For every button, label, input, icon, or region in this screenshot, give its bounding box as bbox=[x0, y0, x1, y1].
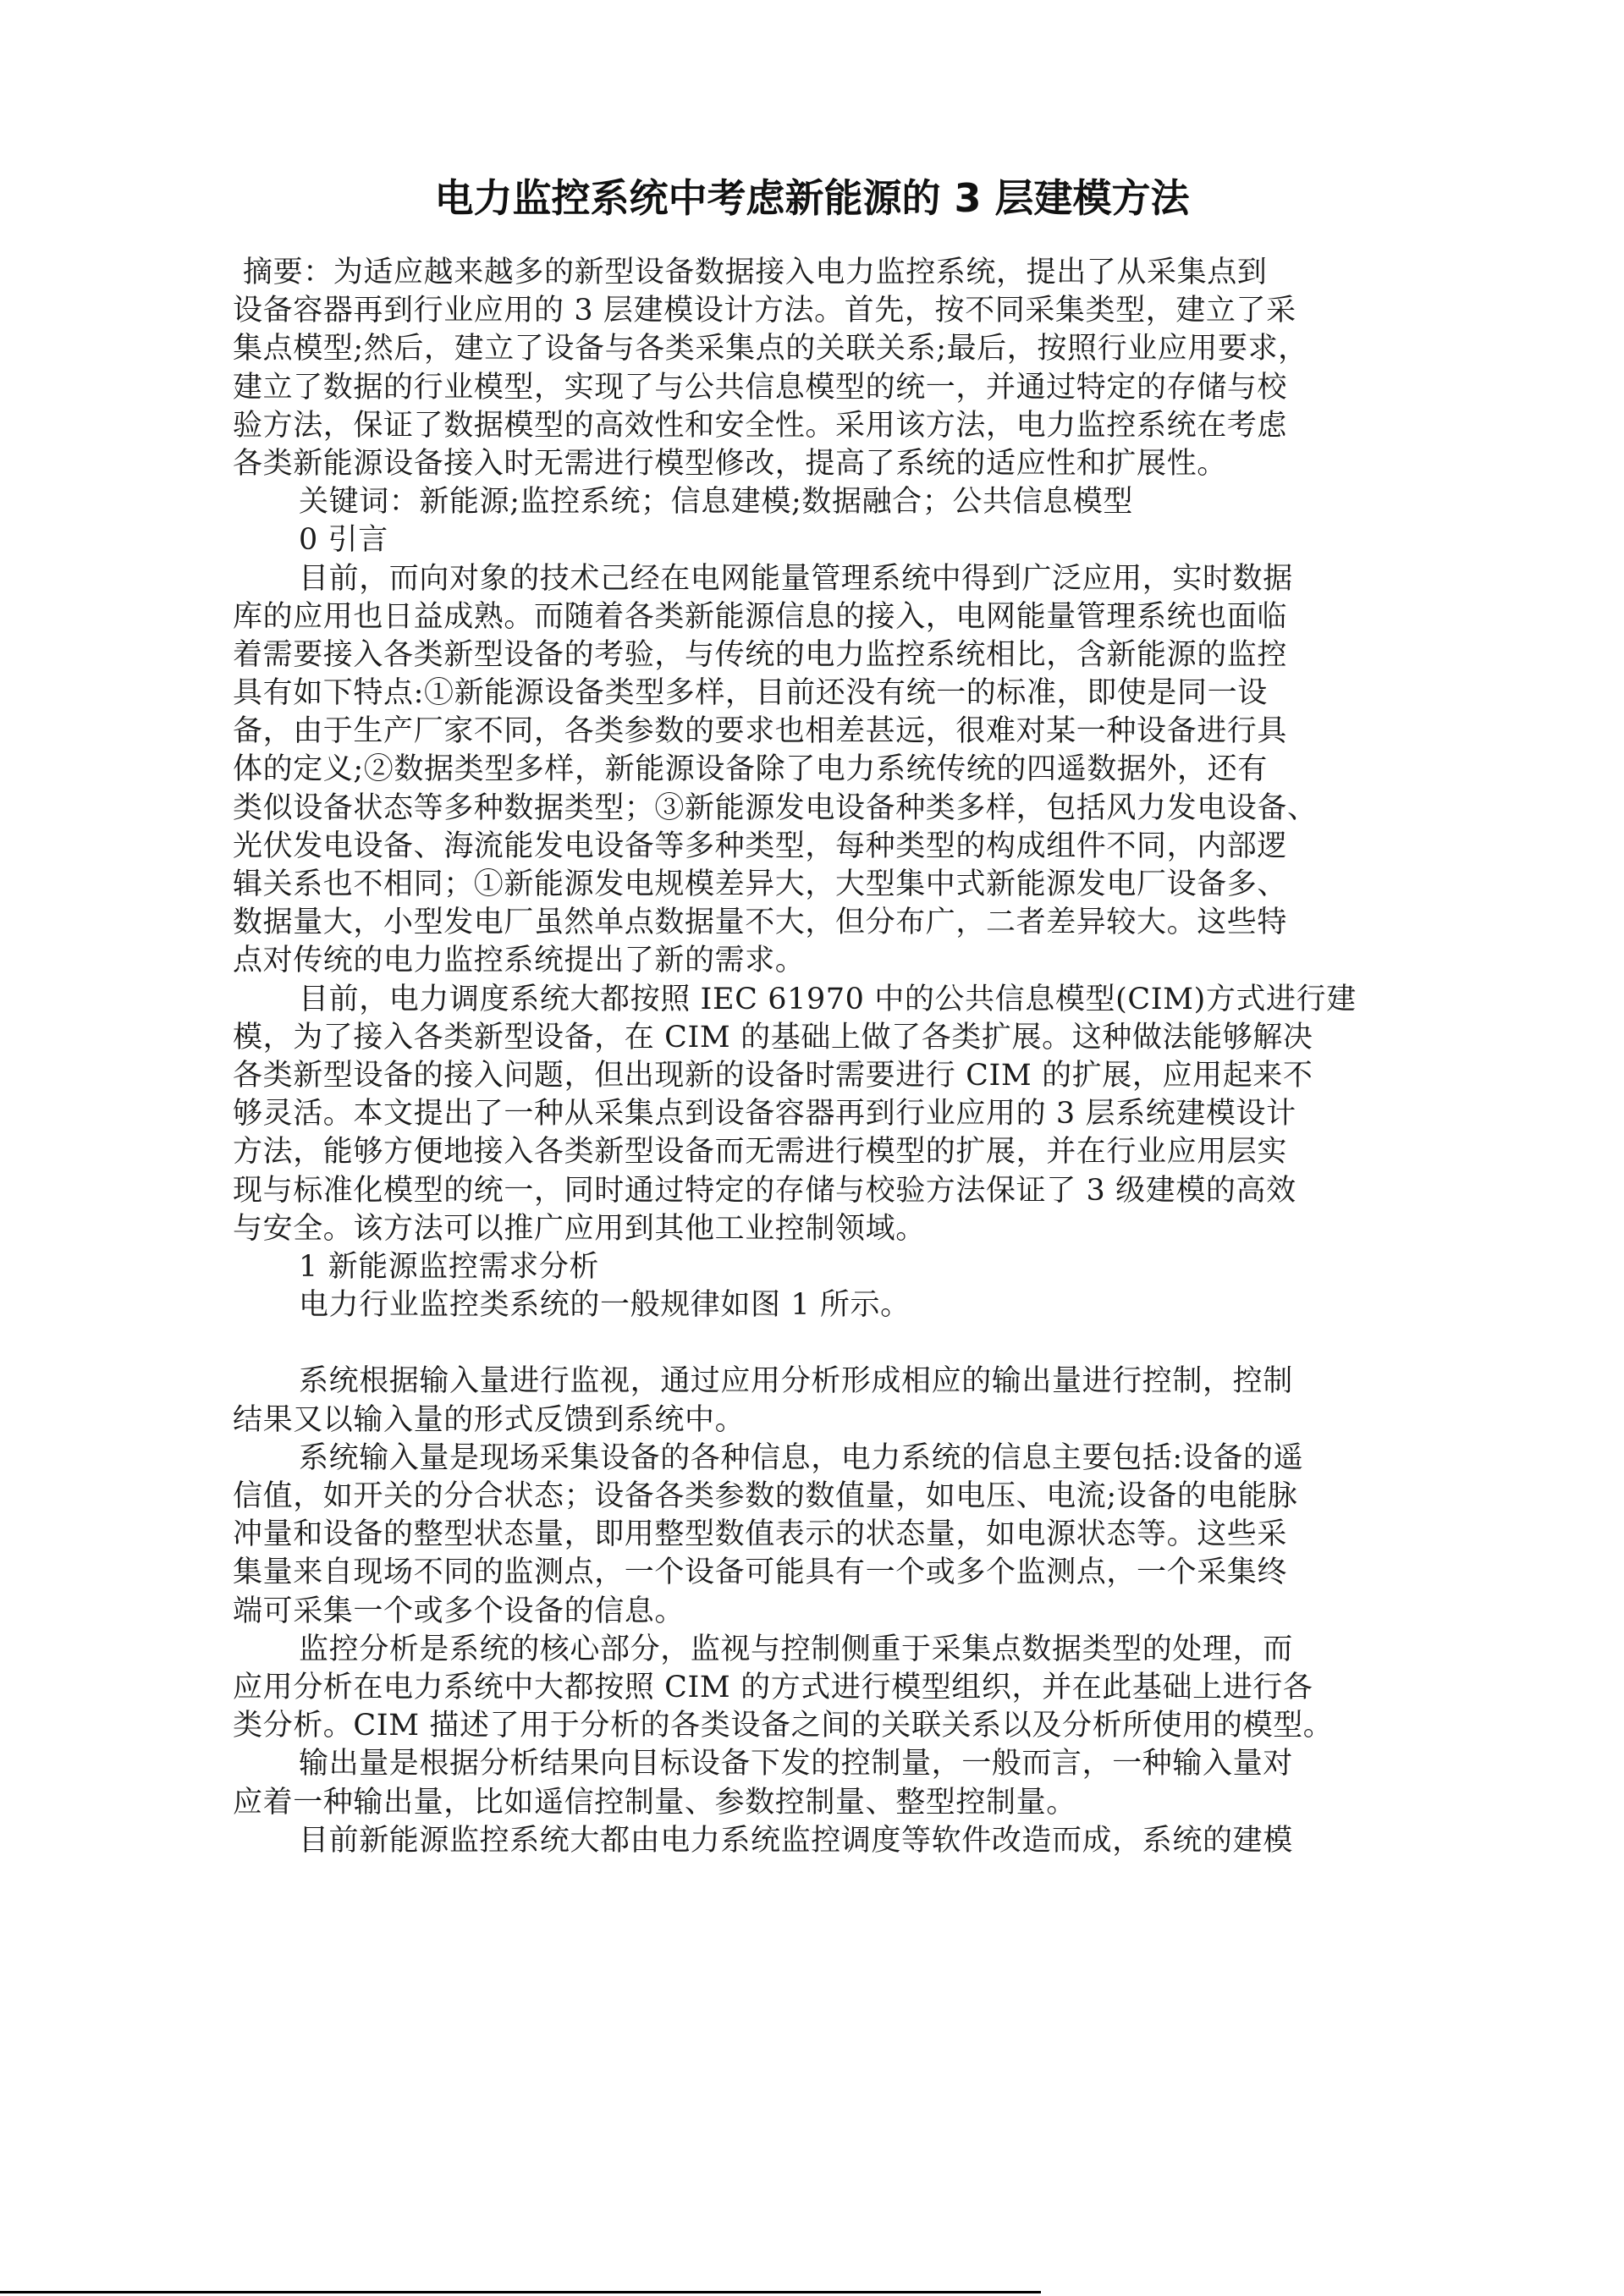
text-line: 数据量大，小型发电厂虽然单点数据量不大，但分布广，二者差异较大。这些特 bbox=[233, 904, 1409, 942]
text-line: 类分析。CIM 描述了用于分析的各类设备之间的关联关系以及分析所使用的模型。 bbox=[233, 1707, 1409, 1745]
text-line: 关键词：新能源;监控系统；信息建模;数据融合；公共信息模型 bbox=[233, 483, 1409, 521]
text-line: 系统根据输入量进行监视，通过应用分析形成相应的输出量进行控制，控制 bbox=[233, 1363, 1409, 1401]
text-line: 具有如下特点:①新能源设备类型多样，目前还没有统一的标准，即使是同一设 bbox=[233, 674, 1409, 713]
footnote-divider bbox=[0, 2291, 1041, 2293]
text-line: 结果又以输入量的形式反馈到系统中。 bbox=[233, 1401, 1409, 1440]
text-line: 摘要：为适应越来越多的新型设备数据接入电力监控系统，提出了从采集点到 bbox=[233, 254, 1409, 292]
text-line: 库的应用也日益成熟。而随着各类新能源信息的接入，电网能量管理系统也面临 bbox=[233, 598, 1409, 636]
text-line: 建立了数据的行业模型，实现了与公共信息模型的统一，并通过特定的存储与校 bbox=[233, 369, 1409, 407]
text-line: 现与标准化模型的统一，同时通过特定的存储与校验方法保证了 3 级建模的高效 bbox=[233, 1172, 1409, 1210]
text-line: 设备容器再到行业应用的 3 层建模设计方法。首先，按不同采集类型，建立了采 bbox=[233, 292, 1409, 330]
text-line: 体的定义;②数据类型多样，新能源设备除了电力系统传统的四遥数据外，还有 bbox=[233, 751, 1409, 789]
text-line: 各类新型设备的接入问题，但出现新的设备时需要进行 CIM 的扩展，应用起来不 bbox=[233, 1057, 1409, 1095]
document-body: 摘要：为适应越来越多的新型设备数据接入电力监控系统，提出了从采集点到设备容器再到… bbox=[233, 254, 1409, 1860]
text-line: 备，由于生产厂家不同，各类参数的要求也相差甚远，很难对某一种设备进行具 bbox=[233, 713, 1409, 751]
blank-line bbox=[233, 1324, 1409, 1363]
text-line: 监控分析是系统的核心部分，监视与控制侧重于采集点数据类型的处理，而 bbox=[233, 1631, 1409, 1669]
text-line: 模，为了接入各类新型设备，在 CIM 的基础上做了各类扩展。这种做法能够解决 bbox=[233, 1019, 1409, 1057]
text-line: 类似设备状态等多种数据类型；③新能源发电设备种类多样，包括风力发电设备、 bbox=[233, 790, 1409, 828]
text-line: 0 引言 bbox=[233, 521, 1409, 559]
text-line: 应着一种输出量，比如遥信控制量、参数控制量、整型控制量。 bbox=[233, 1784, 1409, 1822]
text-line: 点对传统的电力监控系统提出了新的需求。 bbox=[233, 942, 1409, 980]
document-title: 电力监控系统中考虑新能源的 3 层建模方法 bbox=[0, 168, 1624, 223]
text-line: 目前，而向对象的技术己经在电网能量管理系统中得到广泛应用，实时数据 bbox=[233, 560, 1409, 598]
text-line: 光伏发电设备、海流能发电设备等多种类型，每种类型的构成组件不同，内部逻 bbox=[233, 828, 1409, 866]
text-line: 信值，如开关的分合状态；设备各类参数的数值量，如电压、电流;设备的电能脉 bbox=[233, 1478, 1409, 1516]
text-line: 电力行业监控类系统的一般规律如图 1 所示。 bbox=[233, 1286, 1409, 1324]
text-line: 系统输入量是现场采集设备的各种信息，电力系统的信息主要包括:设备的遥 bbox=[233, 1440, 1409, 1478]
text-line: 各类新能源设备接入时无需进行模型修改，提高了系统的适应性和扩展性。 bbox=[233, 445, 1409, 483]
text-line: 冲量和设备的整型状态量，即用整型数值表示的状态量，如电源状态等。这些采 bbox=[233, 1516, 1409, 1554]
text-line: 目前，电力调度系统大都按照 IEC 61970 中的公共信息模型(CIM)方式进… bbox=[233, 981, 1409, 1019]
text-line: 验方法，保证了数据模型的高效性和安全性。采用该方法，电力监控系统在考虑 bbox=[233, 407, 1409, 445]
text-line: 应用分析在电力系统中大都按照 CIM 的方式进行模型组织，并在此基础上进行各 bbox=[233, 1669, 1409, 1707]
text-line: 辑关系也不相同；①新能源发电规模差异大，大型集中式新能源发电厂设备多、 bbox=[233, 866, 1409, 904]
text-line: 目前新能源监控系统大都由电力系统监控调度等软件改造而成，系统的建模 bbox=[233, 1822, 1409, 1860]
text-line: 够灵活。本文提出了一种从采集点到设备容器再到行业应用的 3 层系统建模设计 bbox=[233, 1095, 1409, 1133]
text-line: 输出量是根据分析结果向目标设备下发的控制量，一般而言，一种输入量对 bbox=[233, 1745, 1409, 1783]
text-line: 集点模型;然后，建立了设备与各类采集点的关联关系;最后，按照行业应用要求， bbox=[233, 330, 1409, 368]
text-line: 方法，能够方便地接入各类新型设备而无需进行模型的扩展，并在行业应用层实 bbox=[233, 1133, 1409, 1171]
document-page: 电力监控系统中考虑新能源的 3 层建模方法 摘要：为适应越来越多的新型设备数据接… bbox=[0, 0, 1624, 2296]
text-line: 端可采集一个或多个设备的信息。 bbox=[233, 1593, 1409, 1631]
text-line: 1 新能源监控需求分析 bbox=[233, 1248, 1409, 1286]
text-line: 与安全。该方法可以推广应用到其他工业控制领域。 bbox=[233, 1210, 1409, 1248]
text-line: 着需要接入各类新型设备的考验，与传统的电力监控系统相比，含新能源的监控 bbox=[233, 636, 1409, 674]
text-line: 集量来自现场不同的监测点，一个设备可能具有一个或多个监测点，一个采集终 bbox=[233, 1554, 1409, 1592]
